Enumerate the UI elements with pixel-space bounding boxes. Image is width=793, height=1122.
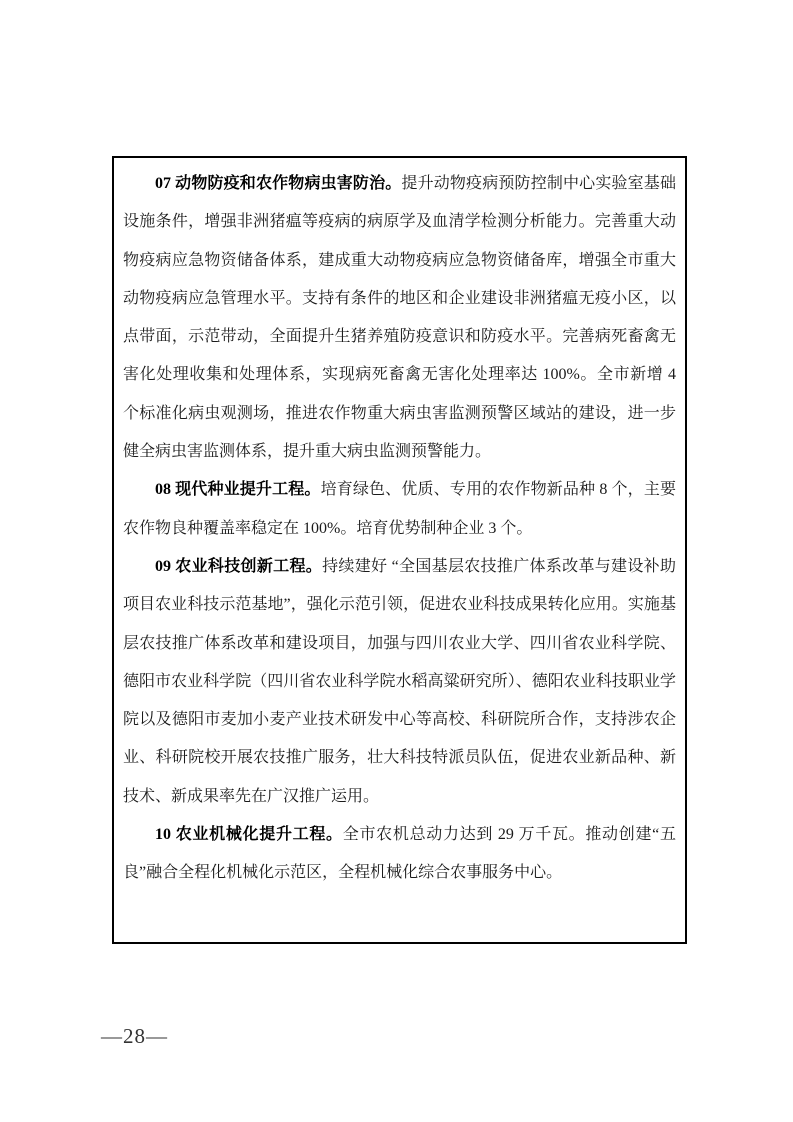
paragraph-body: 提升动物疫病预防控制中心实验室基础设施条件，增强非洲猪瘟等疫病的病原学及血清学检… [123, 175, 676, 460]
paragraph-heading: 08 现代种业提升工程。 [155, 481, 321, 498]
paragraph: 09 农业科技创新工程。持续建好 “全国基层农技推广体系改革与建设补助项目农业科… [123, 548, 676, 816]
paragraph-list: 07 动物防疫和农作物病虫害防治。提升动物疫病预防控制中心实验室基础设施条件，增… [123, 165, 676, 893]
paragraph-heading: 09 农业科技创新工程。 [155, 558, 322, 575]
text-border-box: 07 动物防疫和农作物病虫害防治。提升动物疫病预防控制中心实验室基础设施条件，增… [112, 156, 687, 944]
paragraph-heading: 10 农业机械化提升工程。 [155, 826, 343, 843]
paragraph-heading: 07 动物防疫和农作物病虫害防治。 [155, 175, 401, 192]
paragraph: 07 动物防疫和农作物病虫害防治。提升动物疫病预防控制中心实验室基础设施条件，增… [123, 165, 676, 471]
paragraph: 08 现代种业提升工程。培育绿色、优质、专用的农作物新品种 8 个，主要农作物良… [123, 471, 676, 548]
page-number: —28— [101, 1024, 168, 1049]
paragraph-body: 持续建好 “全国基层农技推广体系改革与建设补助项目农业科技示范基地”，强化示范引… [123, 558, 676, 805]
document-page: 07 动物防疫和农作物病虫害防治。提升动物疫病预防控制中心实验室基础设施条件，增… [0, 0, 793, 1122]
paragraph: 10 农业机械化提升工程。全市农机总动力达到 29 万千瓦。推动创建“五良”融合… [123, 816, 676, 893]
